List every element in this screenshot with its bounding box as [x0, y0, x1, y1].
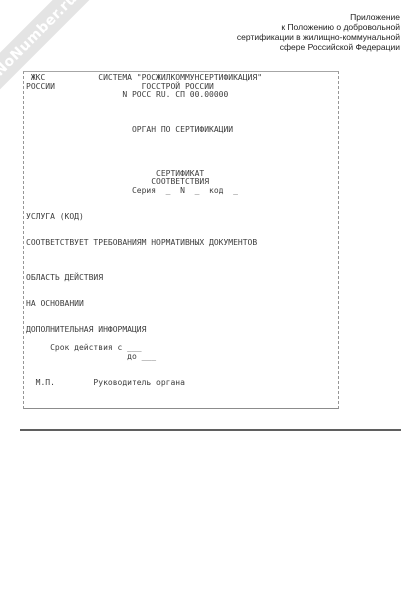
appendix-header-line: сфере Российской Федерации	[237, 42, 400, 52]
scanned-document-page: { "page": { "watermark": { "text": "NoNu…	[0, 0, 420, 600]
watermark-text: NoNumber.ru	[0, 0, 80, 79]
appendix-header-line: к Положению о добровольной	[237, 22, 400, 32]
certificate-form-text: ЖКС СИСТЕМА "РОСЖИЛКОММУНСЕРТИФИКАЦИЯ" Р…	[24, 72, 338, 405]
appendix-header: Приложение к Положению о добровольной се…	[237, 12, 400, 52]
appendix-header-line: сертификации в жилищно-коммунальной	[237, 32, 400, 42]
certificate-form-box: ЖКС СИСТЕМА "РОСЖИЛКОММУНСЕРТИФИКАЦИЯ" Р…	[23, 71, 339, 409]
appendix-header-line: Приложение	[237, 12, 400, 22]
footer-divider	[20, 429, 401, 431]
